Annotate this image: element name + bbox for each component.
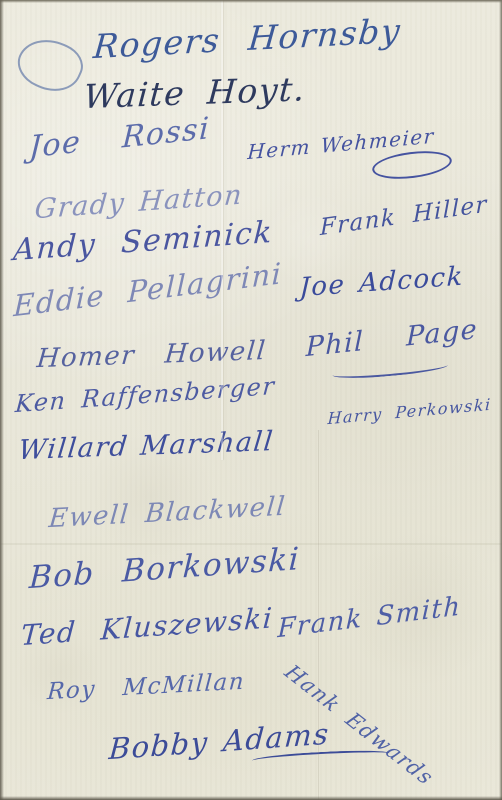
signature-ewell-blackwell: Ewell Blackwell [48,494,287,533]
page-underline-flourish [332,359,449,381]
wehmeier-underline-flourish [371,147,454,183]
signature-waite-hoyt: Waite Hoyt. [83,72,307,113]
signature-bob-borkowski: Bob Borkowski [28,544,300,594]
signature-ken-raffensberger: Ken Raffensberger [14,374,276,416]
signature-eddie-pellagrini: Eddie Pellagrini [13,259,283,321]
signature-homer-howell: Homer Howell [36,338,268,372]
signature-bobby-adams: Bobby Adams [108,720,331,765]
signature-andy-seminick: Andy Seminick [12,218,273,266]
scan-edge-top [0,0,502,3]
paper-crease-horizontal [0,543,502,545]
signature-frank-smith: Frank Smith [277,593,462,642]
signature-frank-hiller: Frank Hiller [320,193,488,240]
autograph-sheet: Rogers Hornsby Waite Hoyt. Joe Rossi Her… [0,0,502,800]
signature-herm-wehmeier: Herm Wehmeier [247,126,435,163]
signature-phil-page: Phil Page [306,316,479,361]
signature-roy-mcmillan: Roy McMillan [46,671,245,704]
signature-ted-kluszewski: Ted Kluszewski [20,604,274,650]
hornsby-pen-loop-flourish [11,29,90,101]
scan-edge-bottom [0,796,502,800]
signature-rogers-hornsby: Rogers Hornsby [92,14,402,63]
signature-joe-rossi: Joe Rossi [28,114,211,163]
signature-harry-perkowski: Harry Perkowski [327,397,492,427]
signature-willard-marshall: Willard Marshall [17,428,275,464]
paper-crease-vertical-top [221,0,223,460]
signature-grady-hatton: Grady Hatton [34,181,245,223]
paper-crease-vertical-bottom [318,430,319,800]
signature-joe-adcock: Joe Adcock [299,264,464,302]
scan-edge-left [0,0,4,800]
